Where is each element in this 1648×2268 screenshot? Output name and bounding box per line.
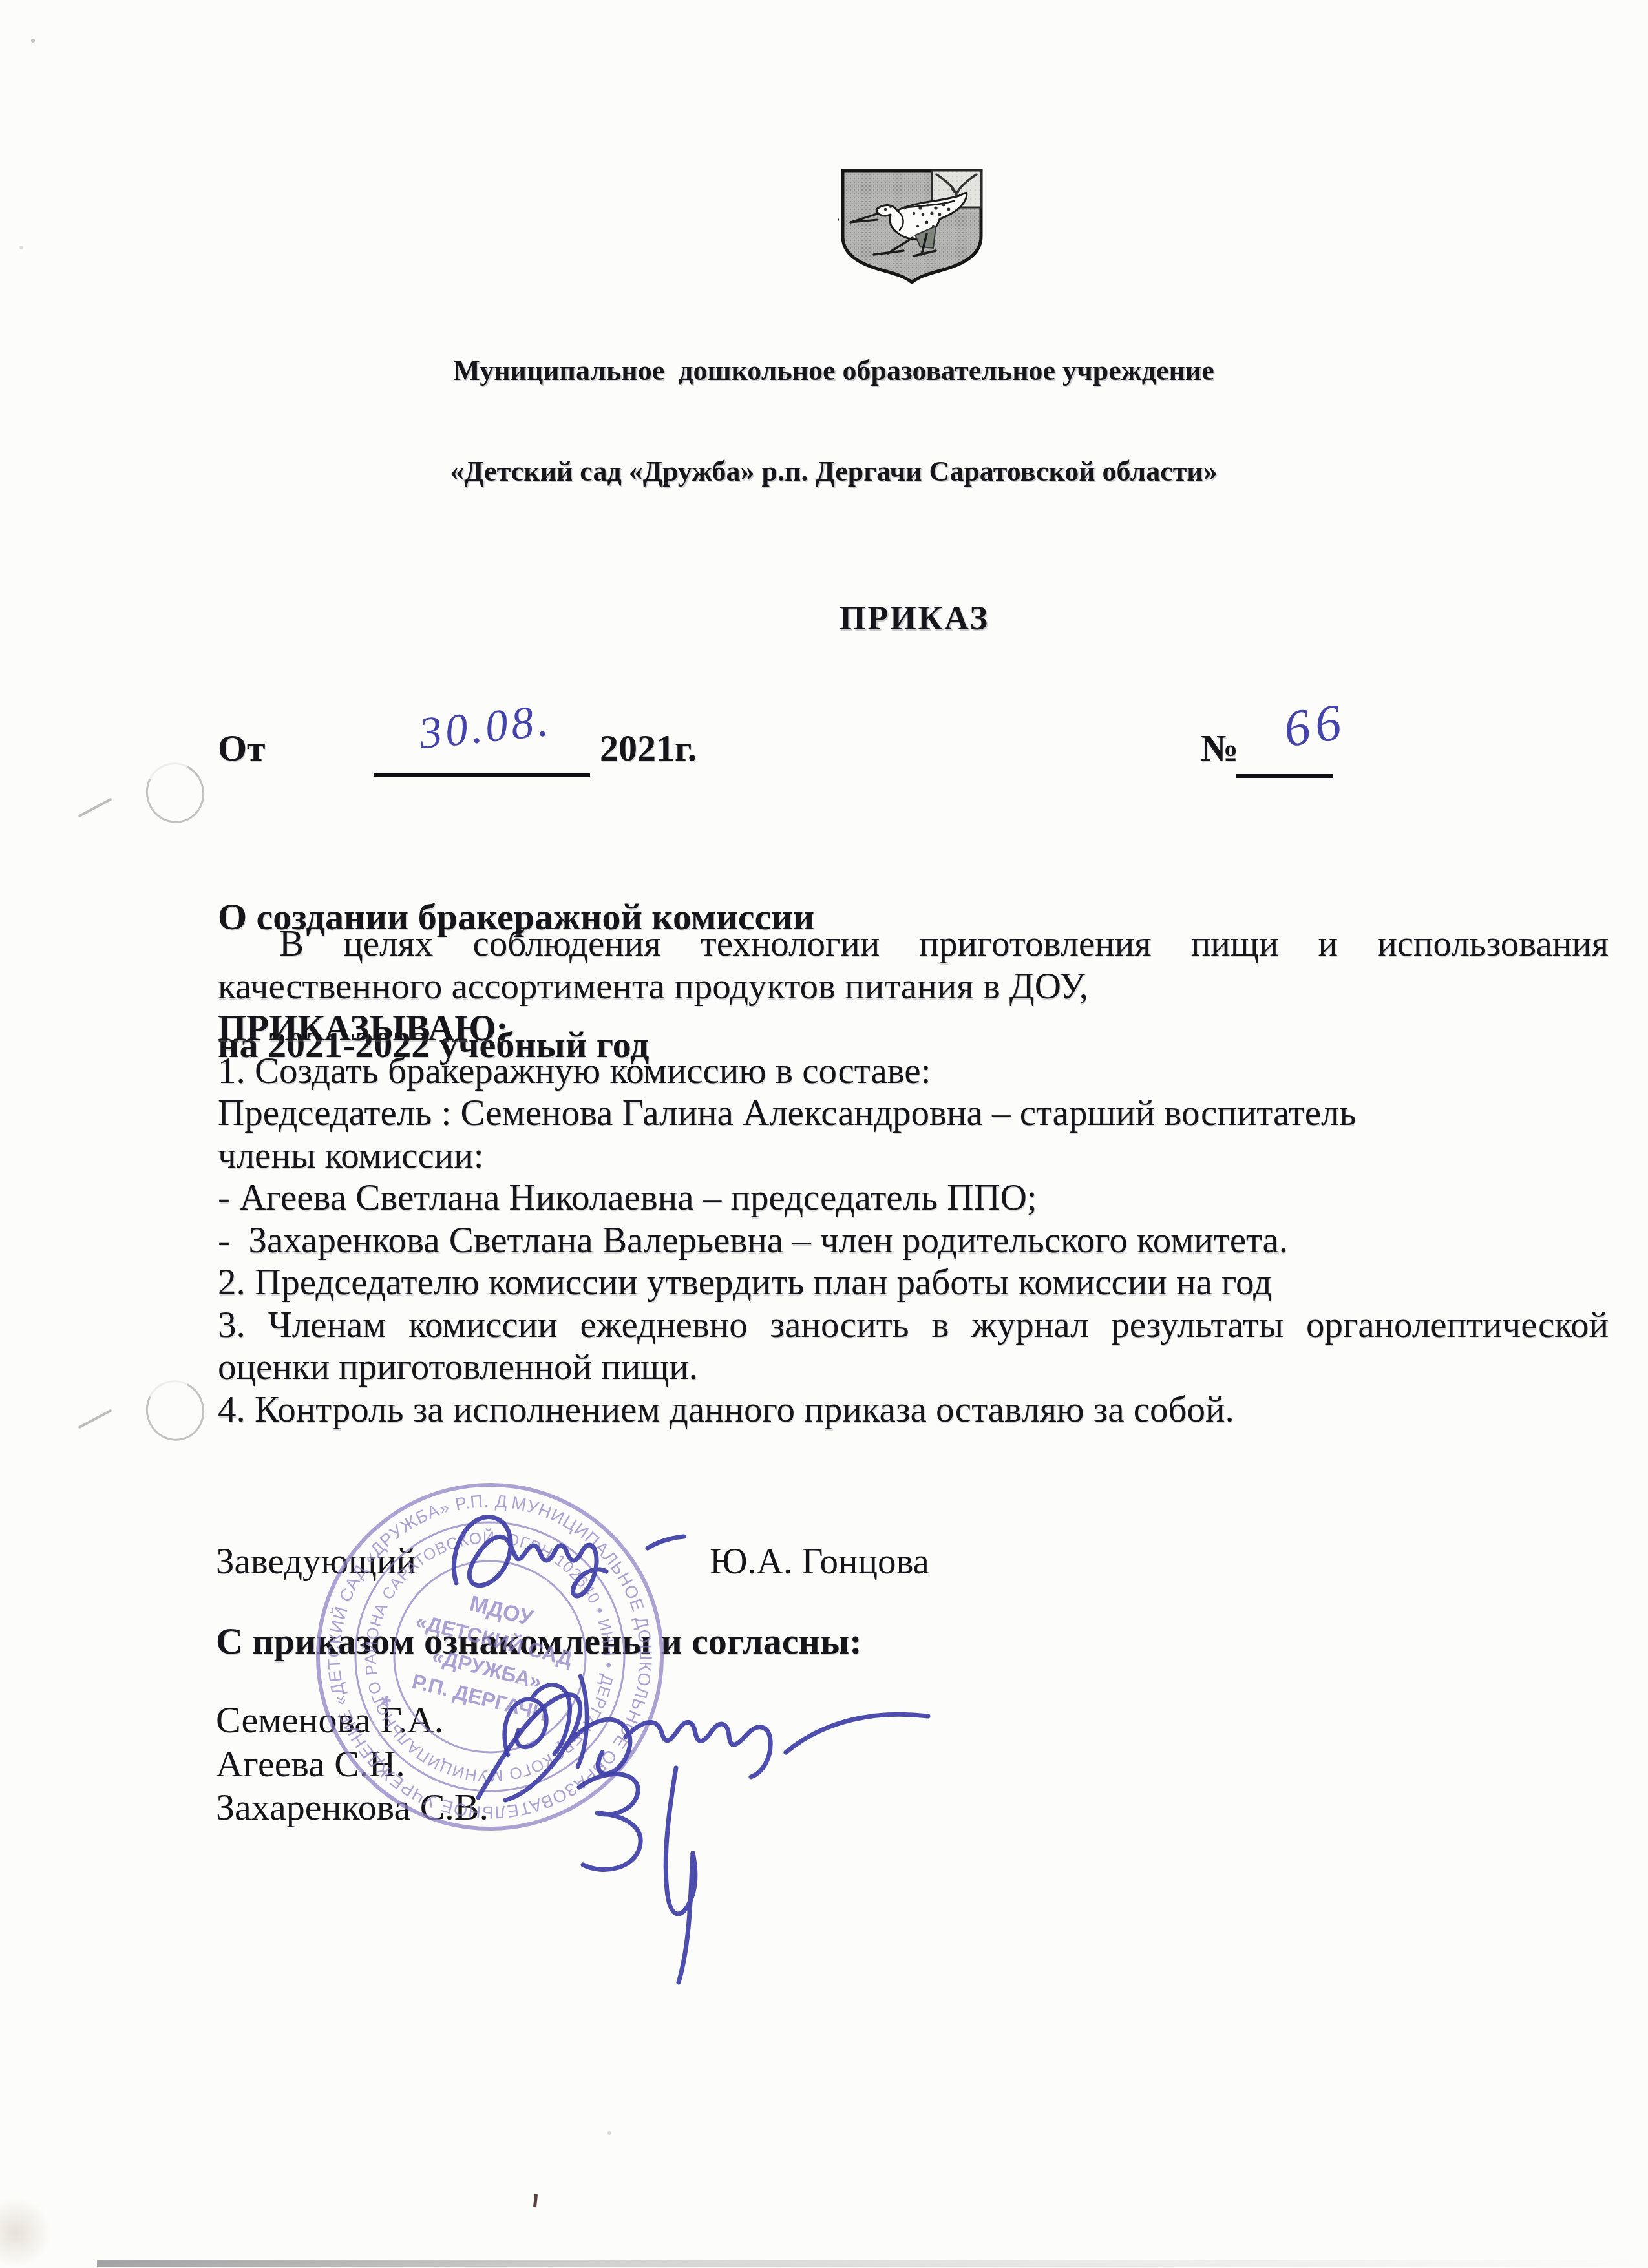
number-underline bbox=[1236, 774, 1333, 778]
handwritten-number: 66 bbox=[1244, 688, 1387, 764]
scan-artifact-dash bbox=[78, 1409, 112, 1429]
scan-artifact-dash bbox=[78, 798, 112, 818]
scan-bottom-band bbox=[97, 2260, 1648, 2267]
scan-artifact-tick bbox=[533, 2194, 538, 2207]
org-header: Муниципальное дошкольное образовательное… bbox=[362, 287, 1305, 556]
org-name-line2: «Детский сад «Дружба» р.п. Дергачи Сарат… bbox=[362, 455, 1305, 488]
body-line: Председатель : Семенова Галина Александр… bbox=[218, 1092, 1609, 1135]
date-year: 2021г. bbox=[600, 726, 697, 770]
body-line: 2. Председателю комиссии утвердить план … bbox=[218, 1261, 1609, 1304]
handwritten-date: 30.08. bbox=[377, 691, 595, 764]
zakharenkova-signature bbox=[534, 1748, 741, 2007]
scan-corner-noise bbox=[0, 2197, 52, 2268]
org-name-line1: Муниципальное дошкольное образовательное… bbox=[362, 354, 1305, 388]
body-line: - Агеева Светлана Николаевна – председат… bbox=[218, 1177, 1609, 1219]
scan-speck bbox=[19, 246, 23, 249]
number-label: № bbox=[1201, 726, 1238, 770]
body-line: В целях соблюдения технологии приготовле… bbox=[218, 923, 1609, 965]
scan-artifact-circle bbox=[138, 755, 213, 830]
scan-artifact-circle bbox=[138, 1372, 213, 1448]
date-underline bbox=[374, 773, 590, 777]
body-line: оценки приготовленной пищи. bbox=[218, 1346, 1609, 1389]
document-title: ПРИКАЗ bbox=[753, 600, 1076, 638]
body-line: 1. Создать бракеражную комиссию в состав… bbox=[218, 1050, 1609, 1093]
body-line: 4. Контроль за исполнением данного прика… bbox=[218, 1389, 1609, 1431]
approver-name: Ю.А. Гонцова bbox=[710, 1540, 929, 1582]
coat-of-arms-icon bbox=[838, 165, 986, 295]
scan-speck bbox=[607, 2131, 611, 2135]
body-line: - Захаренкова Светлана Валерьевна – член… bbox=[218, 1219, 1609, 1262]
director-signature bbox=[434, 1486, 738, 1622]
body-line: ПРИКАЗЫВАЮ: bbox=[218, 1007, 1609, 1050]
scanned-order-page: Муниципальное дошкольное образовательное… bbox=[0, 0, 1648, 2268]
body-line: члены комиссии: bbox=[218, 1135, 1609, 1177]
scan-speck bbox=[31, 39, 35, 43]
order-body: В целях соблюдения технологии приготовле… bbox=[218, 923, 1609, 1431]
date-label: От bbox=[218, 726, 266, 770]
body-line: качественного ассортимента продуктов пит… bbox=[218, 965, 1609, 1008]
body-line: 3. Членам комиссии ежедневно заносить в … bbox=[218, 1304, 1609, 1347]
